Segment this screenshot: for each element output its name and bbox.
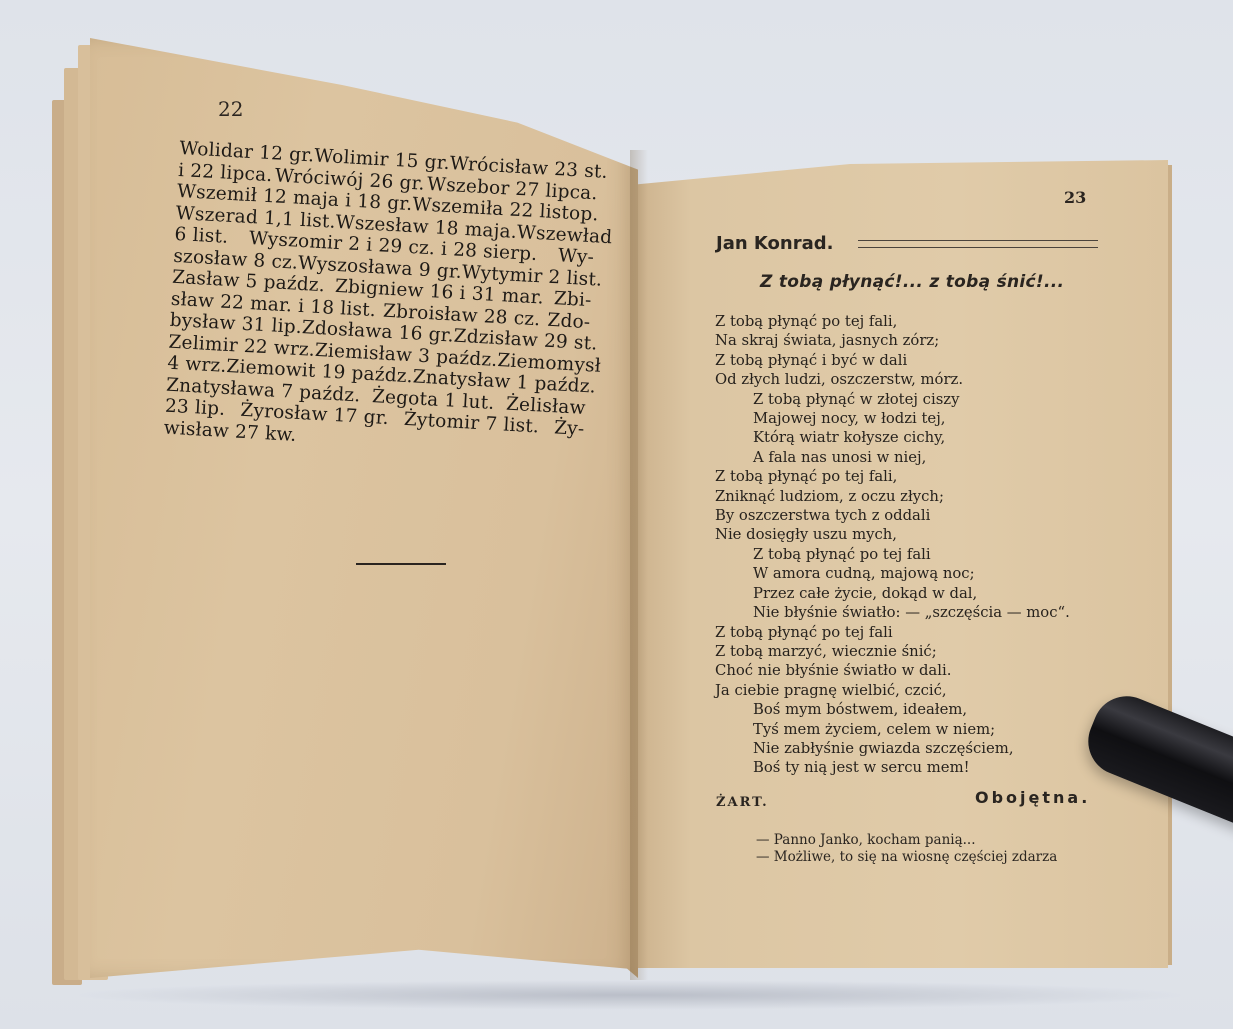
poem-verse: Majowej nocy, w łodzi tej, [715,409,1070,428]
text-segment: Wy- [557,245,594,268]
poem-verse: Boś mym bóstwem, ideałem, [715,700,1070,719]
joke-heading: ŻART. [716,795,769,810]
poem-verse: W amora cudną, majową noc; [715,564,1070,583]
poem-verse: Od złych ludzi, oszczerstw, mórz. [715,370,1070,389]
poem-verse: By oszczerstwa tych z oddali [715,506,1070,525]
poem-verse: Którą wiatr kołysze cichy, [715,428,1070,447]
photo-scene: 22 Wolidar 12 gr.Wolimir 15 gr.Wrócisław… [0,0,1233,1029]
poem-verse: Z tobą płynąć w złotej ciszy [715,390,1070,409]
poem-verse: Zniknąć ludziom, z oczu złych; [715,487,1070,506]
section-divider [356,563,446,565]
poem-body: Z tobą płynąć po tej fali,Na skraj świat… [715,312,1070,778]
poem-verse: Nie błyśnie światło: — „szczęścia — moc“… [715,603,1070,622]
poem-verse: A fala nas unosi w niej, [715,448,1070,467]
book-gutter [630,150,648,980]
dialogue-line: — Panno Janko, kocham panią... [756,832,1057,849]
poem-verse: Z tobą płynąć po tej fali, [715,467,1070,486]
text-segment: Zdo- [547,309,591,333]
joke-dialogue: — Panno Janko, kocham panią...— Możliwe,… [756,832,1057,866]
author-double-rule [858,240,1098,248]
poem-verse: Ja ciebie pragnę wielbić, czcić, [715,681,1070,700]
text-segment: 6 list. [174,224,229,248]
poem-verse: Nie zabłyśnie gwiazda szczęściem, [715,739,1070,758]
page-number-right: 23 [1064,188,1086,207]
poem-verse: Przez całe życie, dokąd w dal, [715,584,1070,603]
poem-verse: Z tobą płynąć po tej fali, [715,312,1070,331]
book-shadow [70,980,1190,1010]
poem-author: Jan Konrad. [716,233,833,254]
poem-title: Z tobą płynąć!... z tobą śnić!... [760,272,1064,292]
poem-verse: Z tobą płynąć po tej fali [715,545,1070,564]
poem-verse: Z tobą płynąć i być w dali [715,351,1070,370]
page-number-left: 22 [218,97,243,121]
poem-verse: Tyś mem życiem, celem w niem; [715,720,1070,739]
poem-verse: Nie dosięgły uszu mych, [715,525,1070,544]
text-segment: Zbi- [553,288,592,312]
poem-verse: Na skraj świata, jasnych zórz; [715,331,1070,350]
joke-title: Obojętna. [975,788,1090,807]
poem-verse: Boś ty nią jest w sercu mem! [715,758,1070,777]
poem-verse: Z tobą marzyć, wiecznie śnić; [715,642,1070,661]
dialogue-line: — Możliwe, to się na wiosnę częściej zda… [756,849,1057,866]
poem-verse: Choć nie błyśnie światło w dali. [715,661,1070,680]
text-segment: Ży- [554,417,585,440]
name-day-list: Wolidar 12 gr.Wolimir 15 gr.Wrócisław 23… [163,138,599,462]
poem-verse: Z tobą płynąć po tej fali [715,623,1070,642]
